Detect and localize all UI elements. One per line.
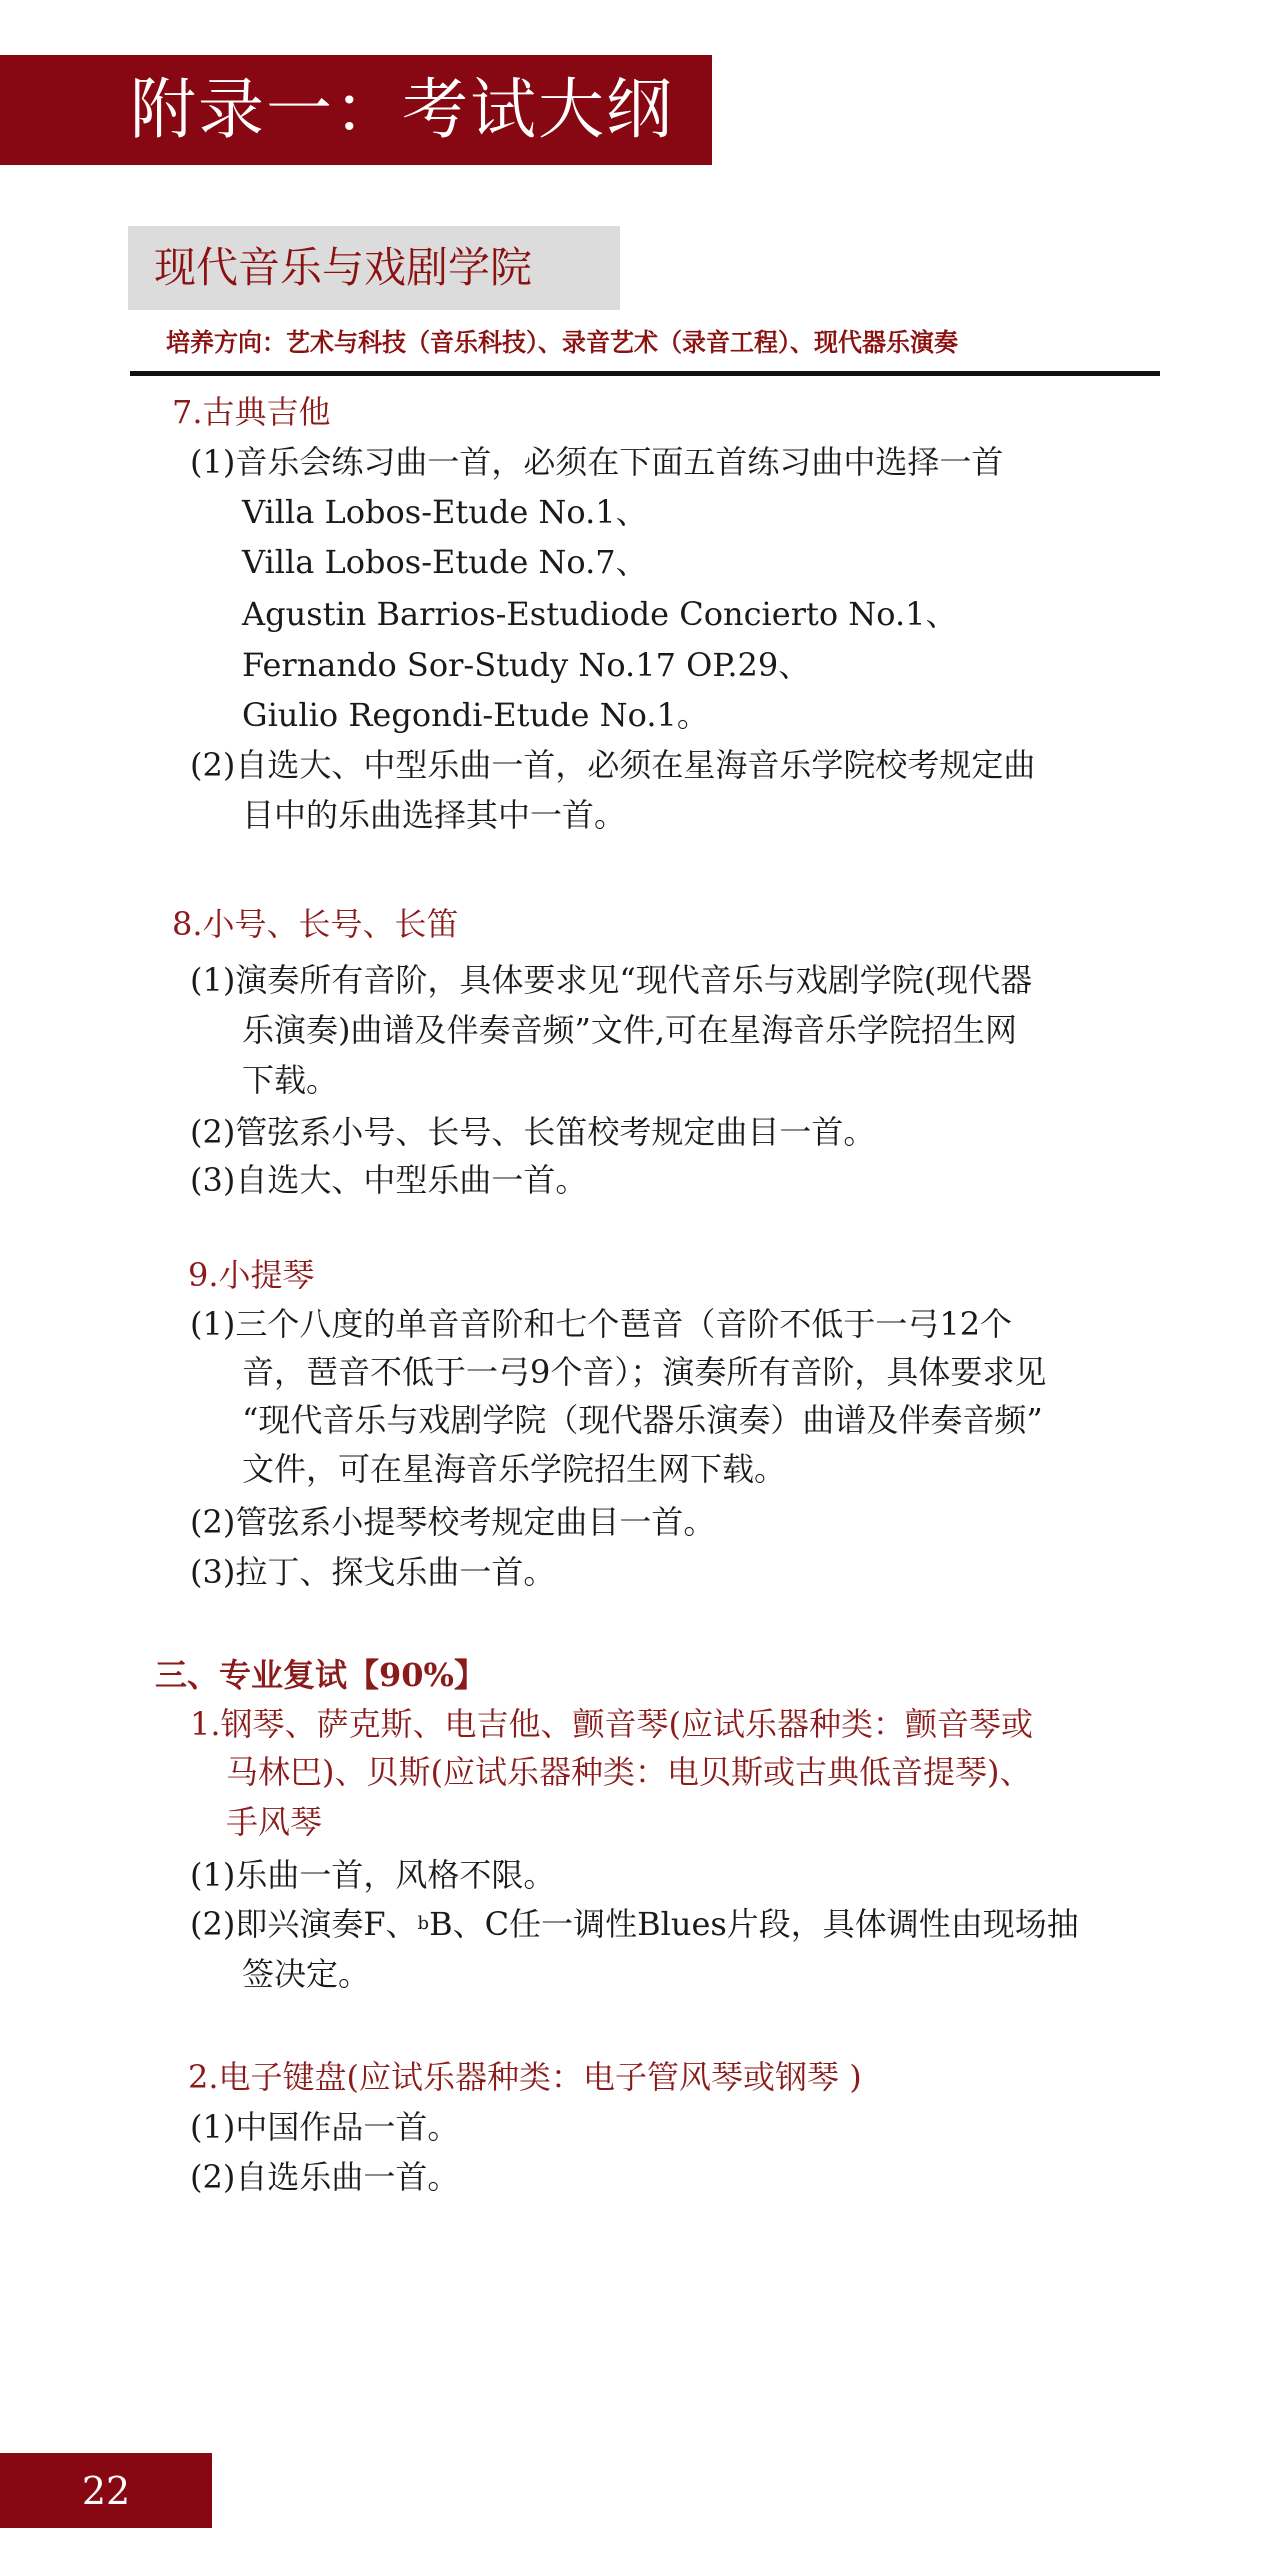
syllabus-line: 下载。: [242, 1060, 338, 1100]
syllabus-line: (2)管弦系小号、长号、长笛校考规定曲目一首。: [190, 1112, 875, 1152]
syllabus-line: Villa Lobos-Etude No.7、: [242, 542, 648, 582]
syllabus-line: 签决定。: [242, 1954, 370, 1994]
line-text: (2)即兴演奏F、: [190, 1905, 418, 1943]
header-divider: [130, 371, 1160, 376]
page-number: 22: [0, 2469, 212, 2513]
syllabus-line: 音，琶音不低于一弓9个音）；演奏所有音阶，具体要求见: [242, 1352, 1046, 1392]
school-name: 现代音乐与戏剧学院: [154, 242, 532, 294]
appendix-banner: 附录一：考试大纲: [0, 55, 712, 165]
syllabus-line: (1)中国作品一首。: [190, 2107, 459, 2147]
appendix-title: 附录一：考试大纲: [130, 67, 674, 153]
syllabus-line: 目中的乐曲选择其中一首。: [242, 795, 626, 835]
syllabus-line: (1)乐曲一首，风格不限。: [190, 1855, 555, 1895]
syllabus-line: (3)拉丁、探戈乐曲一首。: [190, 1552, 555, 1592]
syllabus-line: (1)演奏所有音阶，具体要求见“现代音乐与戏剧学院(现代器: [190, 960, 1032, 1000]
syllabus-line: Villa Lobos-Etude No.1、: [242, 492, 648, 532]
syllabus-line: “现代音乐与戏剧学院（现代器乐演奏）曲谱及伴奏音频”: [242, 1400, 1043, 1440]
section-heading: 马林巴)、贝斯(应试乐器种类：电贝斯或古典低音提琴)、: [226, 1752, 1031, 1792]
flat-sign: b: [418, 1913, 430, 1934]
syllabus-line: Agustin Barrios-Estudiode Concierto No.1…: [242, 594, 958, 634]
syllabus-line: (3)自选大、中型乐曲一首。: [190, 1160, 587, 1200]
section-heading: 9.小提琴: [188, 1255, 315, 1295]
section-heading: 手风琴: [226, 1802, 322, 1842]
section-heading: 三、专业复试【90%】: [155, 1655, 486, 1695]
syllabus-line: Giulio Regondi-Etude No.1。: [242, 695, 709, 735]
syllabus-line: (1)三个八度的单音音阶和七个琶音（音阶不低于一弓12个: [190, 1304, 1012, 1344]
section-heading: 7.古典吉他: [172, 392, 331, 432]
syllabus-line: 文件，可在星海音乐学院招生网下载。: [242, 1449, 786, 1489]
syllabus-line: (1)音乐会练习曲一首，必须在下面五首练习曲中选择一首: [190, 442, 1003, 482]
syllabus-line: (2)自选大、中型乐曲一首，必须在星海音乐学院校考规定曲: [190, 745, 1035, 785]
syllabus-line: Fernando Sor-Study No.17 OP.29、: [242, 645, 810, 685]
section-heading: 1.钢琴、萨克斯、电吉他、颤音琴(应试乐器种类：颤音琴或: [190, 1704, 1033, 1744]
section-heading: 8.小号、长号、长笛: [172, 904, 459, 944]
school-name-box: 现代音乐与戏剧学院: [128, 226, 620, 310]
syllabus-line: (2)管弦系小提琴校考规定曲目一首。: [190, 1502, 715, 1542]
syllabus-line: (2)即兴演奏F、bB、C任一调性Blues片段，具体调性由现场抽: [190, 1904, 1079, 1944]
syllabus-line: (2)自选乐曲一首。: [190, 2157, 459, 2197]
page-number-box: 22: [0, 2453, 212, 2528]
training-directions: 培养方向：艺术与科技（音乐科技）、录音艺术（录音工程）、现代器乐演奏: [166, 326, 958, 360]
section-heading: 2.电子键盘(应试乐器种类：电子管风琴或钢琴 ): [188, 2057, 862, 2097]
syllabus-line: 乐演奏)曲谱及伴奏音频”文件,可在星海音乐学院招生网: [242, 1010, 1017, 1050]
line-text: B、C任一调性Blues片段，具体调性由现场抽: [429, 1905, 1079, 1943]
